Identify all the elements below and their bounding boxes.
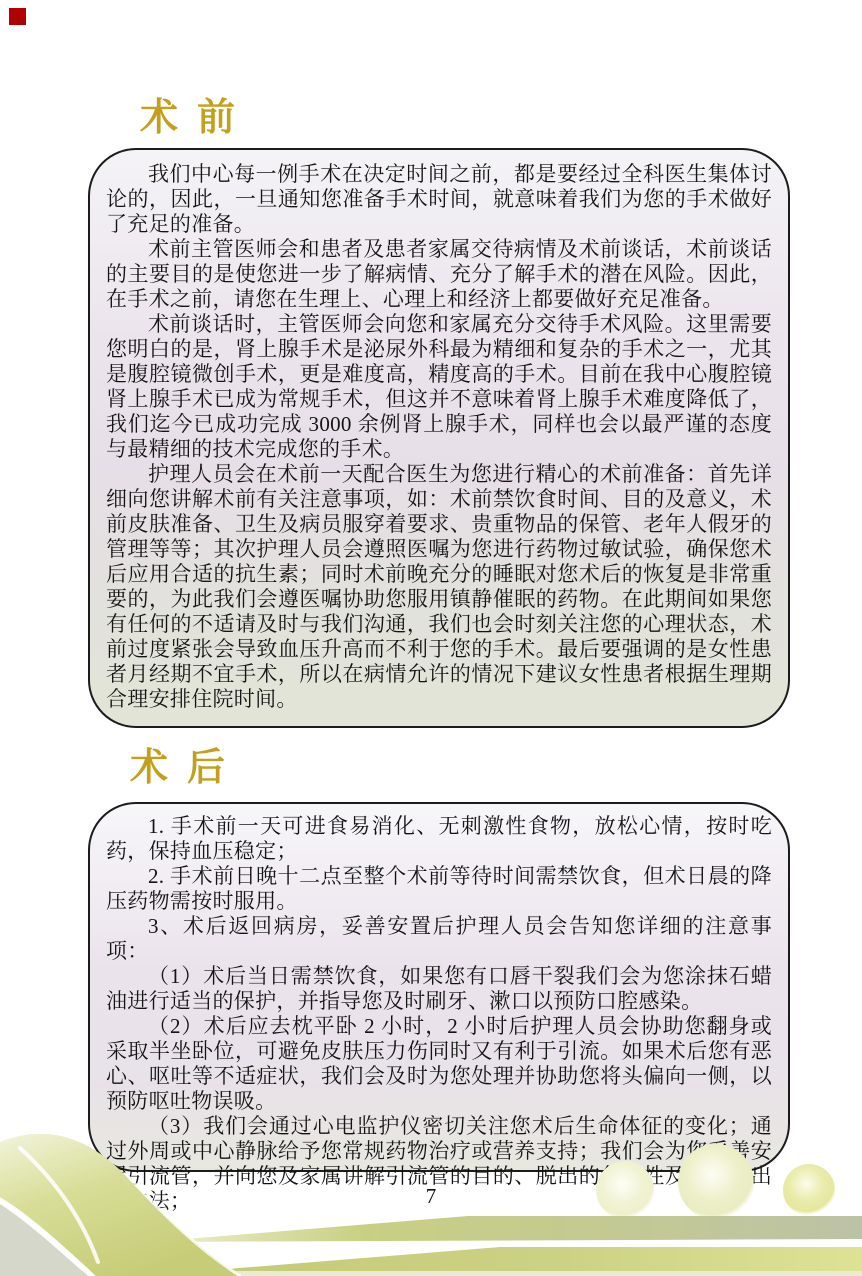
preoperative-info-box: 我们中心每一例手术在决定时间之前，都是要经过全科医生集体讨论的，因此，一旦通知您… — [88, 148, 790, 728]
red-corner-mark — [9, 8, 26, 25]
paragraph: 护理人员会在术前一天配合医生为您进行精心的术前准备：首先详细向您讲解术前有关注意… — [106, 462, 772, 712]
paragraph: 我们中心每一例手术在决定时间之前，都是要经过全科医生集体讨论的，因此，一旦通知您… — [106, 162, 772, 237]
paragraph: 3、术后返回病房，妥善安置后护理人员会告知您详细的注意事项： — [106, 914, 772, 964]
section-title-postoperative: 术 后 — [130, 749, 225, 787]
paragraph: 术前主管医师会和患者及患者家属交待病情及术前谈话，术前谈话的主要目的是使您进一步… — [106, 237, 772, 312]
section-title-preoperative: 术 前 — [140, 99, 235, 137]
paragraph: 2. 手术前日晚十二点至整个术前等待时间需禁饮食，但术日晨的降压药物需按时服用。 — [106, 864, 772, 914]
decor-circle-middle — [678, 1144, 754, 1220]
decor-circle-left — [596, 1161, 654, 1219]
decor-band-lower — [190, 1247, 862, 1272]
paragraph: （1）术后当日需禁饮食，如果您有口唇干裂我们会为您涂抹石蜡油进行适当的保护，并指… — [106, 964, 772, 1014]
paragraph: 1. 手术前一天可进食易消化、无刺激性食物，放松心情，按时吃药，保持血压稳定； — [106, 814, 772, 864]
paragraph: 术前谈话时，主管医师会向您和家属充分交待手术风险。这里需要您明白的是，肾上腺手术… — [106, 312, 772, 462]
paragraph: （2）术后应去枕平卧 2 小时，2 小时后护理人员会协助您翻身或采取半坐卧位，可… — [106, 1014, 772, 1114]
postoperative-info-box: 1. 手术前一天可进食易消化、无刺激性食物，放松心情，按时吃药，保持血压稳定； … — [88, 802, 790, 1172]
decor-band-upper — [150, 1216, 862, 1242]
document-page: 术 前 我们中心每一例手术在决定时间之前，都是要经过全科医生集体讨论的，因此，一… — [0, 0, 862, 1276]
decor-circle-right — [783, 1164, 835, 1216]
bottom-decoration — [0, 1120, 862, 1276]
